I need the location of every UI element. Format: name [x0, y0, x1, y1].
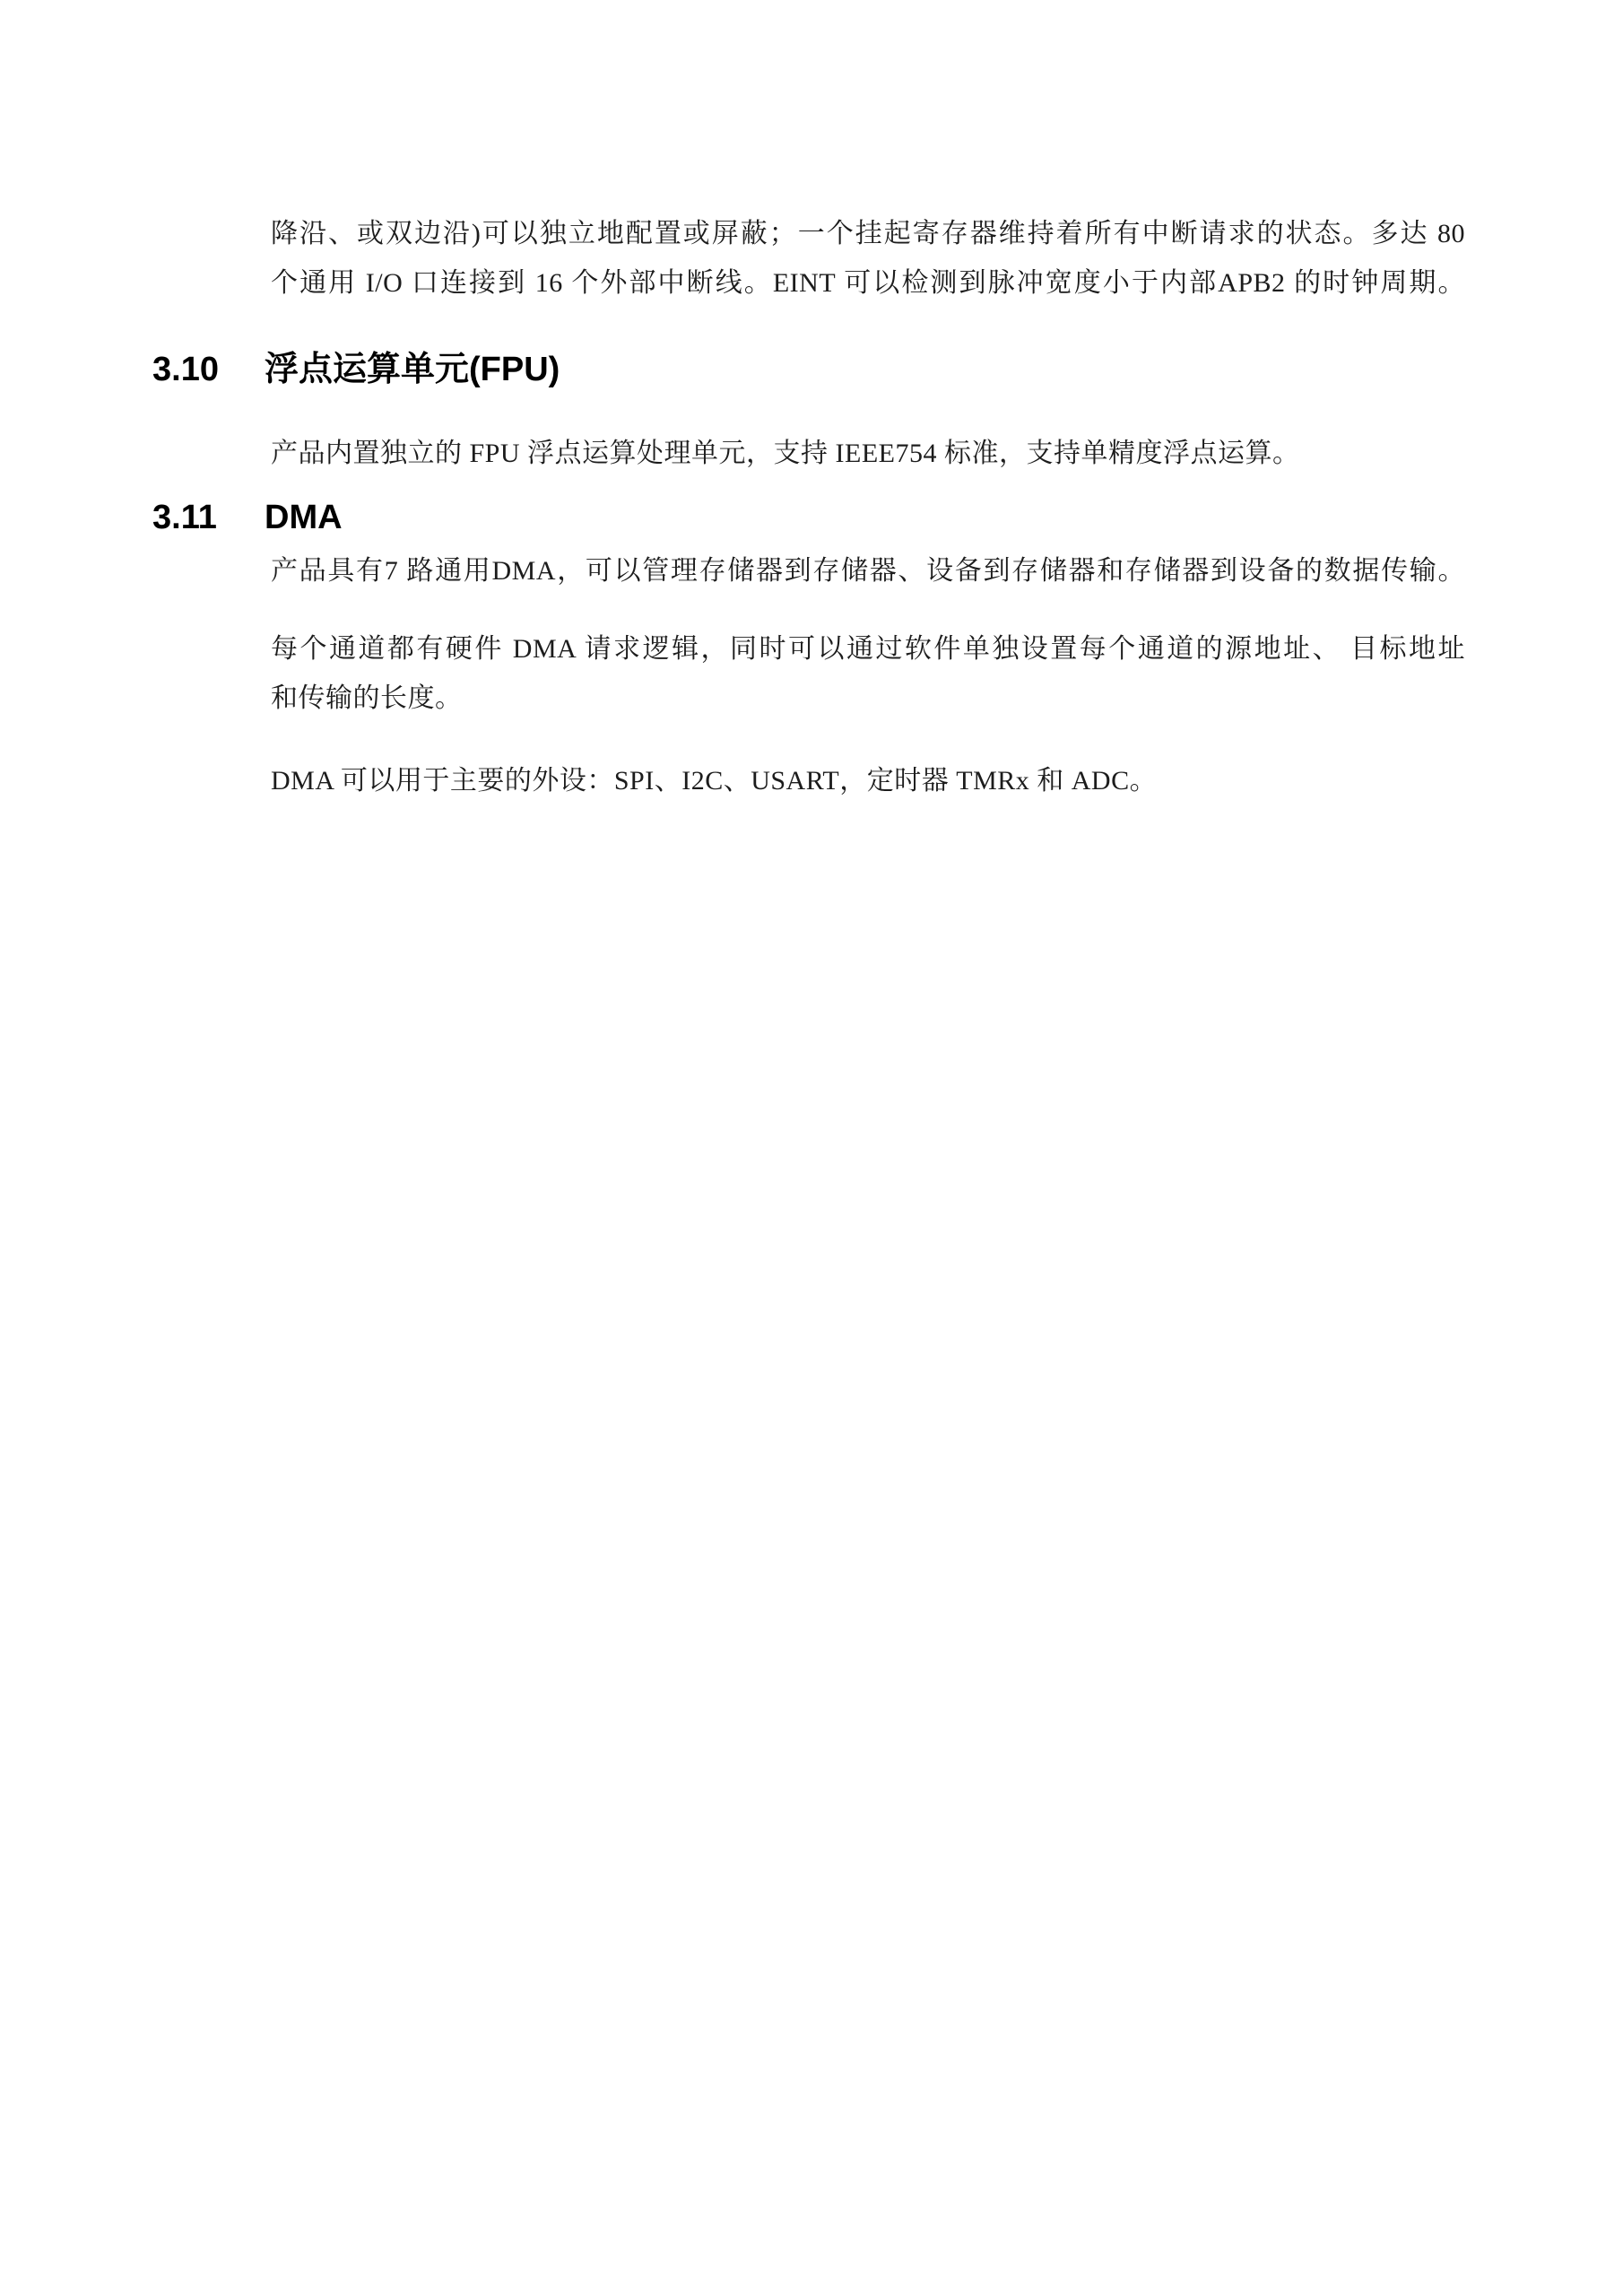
paragraph-line: 产品具有7 路通用DMA，可以管理存储器到存储器、设备到存储器和存储器到设备的数…: [271, 546, 1465, 596]
section-number: 3.11: [152, 497, 265, 538]
section-title: 浮点运算单元(FPU): [265, 349, 560, 390]
paragraph-dma-channels: 每个通道都有硬件 DMA 请求逻辑，同时可以通过软件单独设置每个通道的源地址、 …: [271, 624, 1465, 723]
paragraph-fpu-body: 产品内置独立的 FPU 浮点运算处理单元，支持 IEEE754 标准，支持单精度…: [271, 429, 1465, 478]
paragraph-line: 降沿、或双边沿)可以独立地配置或屏蔽；一个挂起寄存器维持着所有中断请求的状态。多…: [271, 209, 1465, 258]
paragraph-interrupt-continued: 降沿、或双边沿)可以独立地配置或屏蔽；一个挂起寄存器维持着所有中断请求的状态。多…: [271, 209, 1465, 308]
paragraph-dma-overview: 产品具有7 路通用DMA，可以管理存储器到存储器、设备到存储器和存储器到设备的数…: [271, 546, 1465, 596]
paragraph-line: 产品内置独立的 FPU 浮点运算处理单元，支持 IEEE754 标准，支持单精度…: [271, 429, 1465, 478]
section-heading-dma: 3.11 DMA: [152, 497, 343, 538]
document-page: 降沿、或双边沿)可以独立地配置或屏蔽；一个挂起寄存器维持着所有中断请求的状态。多…: [0, 0, 1623, 2296]
paragraph-line: 个通用 I/O 口连接到 16 个外部中断线。EINT 可以检测到脉冲宽度小于内…: [271, 258, 1465, 308]
section-title: DMA: [265, 497, 343, 538]
paragraph-line: DMA 可以用于主要的外设：SPI、I2C、USART，定时器 TMRx 和 A…: [271, 756, 1465, 805]
paragraph-line: 和传输的长度。: [271, 674, 1465, 723]
section-number: 3.10: [152, 349, 265, 390]
paragraph-dma-peripherals: DMA 可以用于主要的外设：SPI、I2C、USART，定时器 TMRx 和 A…: [271, 756, 1465, 805]
section-heading-fpu: 3.10 浮点运算单元(FPU): [152, 349, 560, 390]
paragraph-line: 每个通道都有硬件 DMA 请求逻辑，同时可以通过软件单独设置每个通道的源地址、 …: [271, 624, 1465, 674]
